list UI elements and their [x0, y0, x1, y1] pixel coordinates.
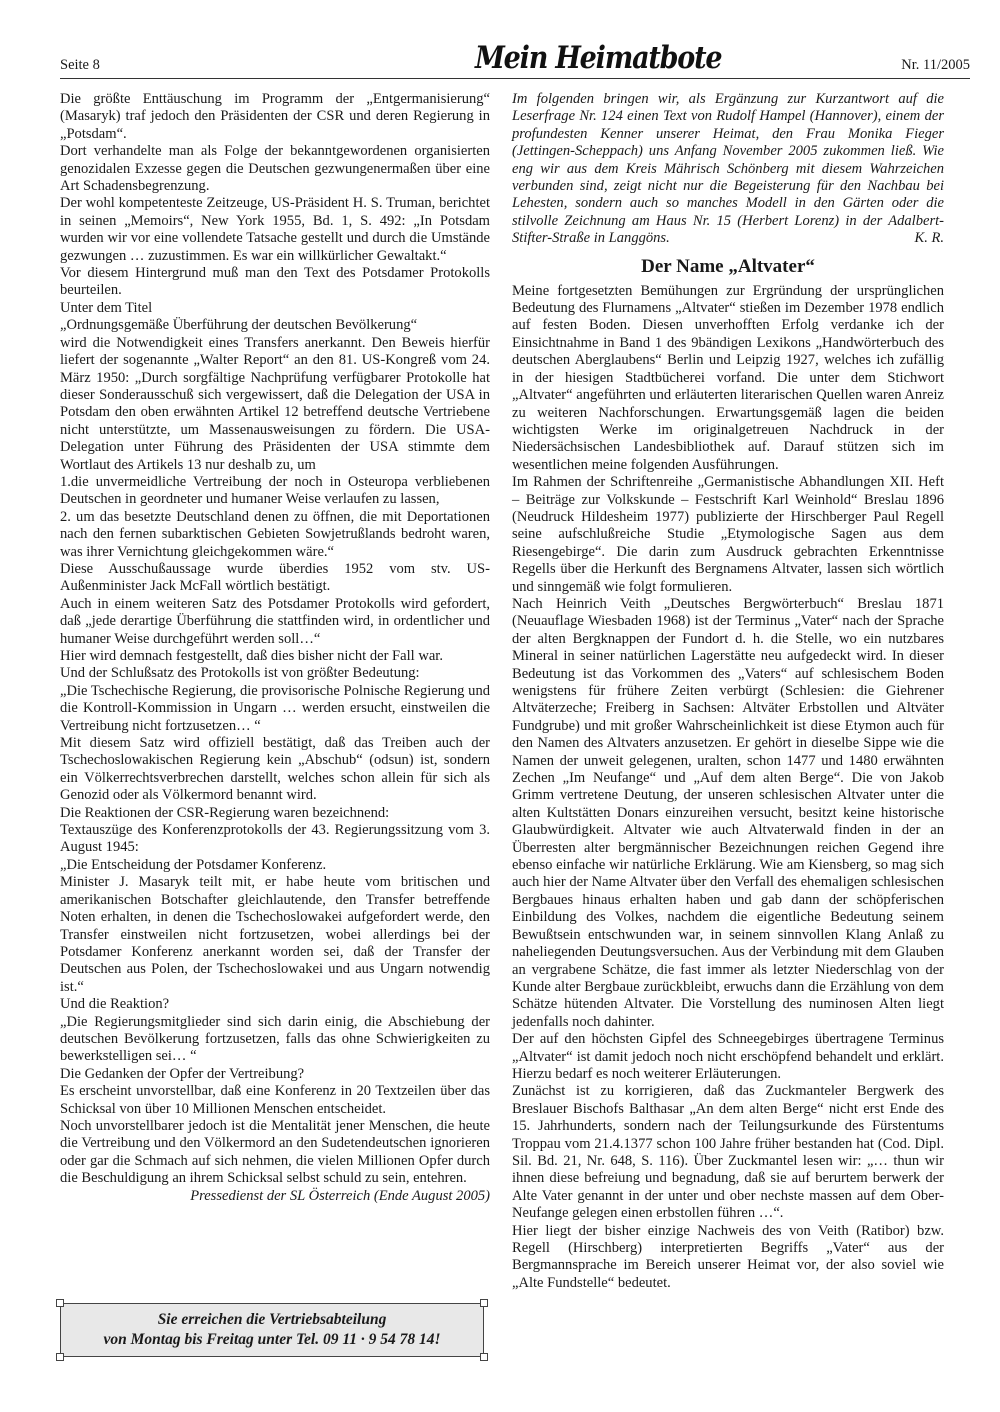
paragraph: Hier liegt der bisher einzige Nachweis d… [512, 1223, 944, 1293]
paragraph: Nach Heinrich Veith „Deutsches Bergwörte… [512, 596, 944, 1031]
paragraph: Die Gedanken der Opfer der Vertreibung? [60, 1066, 490, 1083]
paragraph: Noch unvorstellbarer jedoch ist die Ment… [60, 1118, 490, 1188]
corner-ornament-icon [56, 1299, 64, 1307]
paragraph: Hier wird demnach festgestellt, daß dies… [60, 648, 490, 665]
article-headline: Der Name „Altvater“ [512, 256, 944, 278]
page-number: Seite 8 [60, 57, 100, 74]
paragraph: Und der Schlußsatz des Protokolls ist vo… [60, 665, 490, 682]
paragraph: 2. um das besetzte Deutschland denen zu … [60, 509, 490, 561]
article-credit: Pressedienst der SL Österreich (Ende Aug… [60, 1188, 490, 1205]
paragraph: Der wohl kompetenteste Zeitzeuge, US-Prä… [60, 195, 490, 265]
paragraph: Die größte Enttäuschung im Programm der … [60, 91, 490, 143]
left-column-article: Die größte Enttäuschung im Programm der … [60, 91, 490, 1205]
corner-ornament-icon [480, 1353, 488, 1361]
right-column-article: Im folgenden bringen wir, als Ergänzung … [512, 91, 944, 1292]
corner-ornament-icon [480, 1299, 488, 1307]
paragraph: Im Rahmen der Schriftenreihe „Germanisti… [512, 474, 944, 596]
paragraph: 1.die unvermeidliche Vertreibung der noc… [60, 474, 490, 509]
notice-line-2: von Montag bis Freitag unter Tel. 09 11 … [61, 1330, 483, 1350]
paragraph: „Die Entscheidung der Potsdamer Konferen… [60, 857, 490, 874]
paragraph: Auch in einem weiteren Satz des Potsdame… [60, 596, 490, 648]
paragraph: „Die Regierungsmitglieder sind sich dari… [60, 1014, 490, 1066]
notice-line-1: Sie erreichen die Vertriebsabteilung [61, 1310, 483, 1330]
page-header: Seite 8 Mein Heimatbote Nr. 11/2005 [60, 44, 970, 79]
paragraph: wird die Notwendigkeit eines Transfers a… [60, 335, 490, 474]
paragraph: Und die Reaktion? [60, 996, 490, 1013]
paragraph: Dort verhandelte man als Folge der bekan… [60, 143, 490, 195]
issue-number: Nr. 11/2005 [901, 57, 970, 74]
paragraph: Die Reaktionen der CSR-Regierung waren b… [60, 805, 490, 822]
paragraph: Der auf den höchsten Gipfel des Schneege… [512, 1031, 944, 1083]
paragraph: Diese Ausschußaussage wurde überdies 195… [60, 561, 490, 596]
paragraph: Unter dem Titel [60, 300, 490, 317]
paragraph: Vor diesem Hintergrund muß man den Text … [60, 265, 490, 300]
paragraph: „Die Tschechische Regierung, die proviso… [60, 683, 490, 735]
paragraph: Mit diesem Satz wird offiziell bestätigt… [60, 735, 490, 805]
intro-signature: K. R. [915, 230, 945, 247]
paragraph: Textauszüge des Konferenzprotokolls der … [60, 822, 490, 857]
paragraph: Meine fortgesetzten Bemühungen zur Ergrü… [512, 283, 944, 474]
intro-text: Im folgenden bringen wir, als Ergänzung … [512, 91, 944, 246]
corner-ornament-icon [56, 1353, 64, 1361]
editorial-intro: Im folgenden bringen wir, als Ergänzung … [512, 91, 944, 248]
paragraph: „Ordnungsgemäße Überführung der deutsche… [60, 317, 490, 334]
paragraph: Es erscheint unvorstellbar, daß eine Kon… [60, 1083, 490, 1118]
masthead-logo: Mein Heimatbote [475, 40, 721, 76]
sales-contact-notice-box: Sie erreichen die Vertriebsabteilung von… [60, 1303, 484, 1357]
paragraph: Minister J. Masaryk teilt mit, er habe h… [60, 874, 490, 996]
paragraph: Zunächst ist zu korrigieren, daß das Zuc… [512, 1083, 944, 1222]
